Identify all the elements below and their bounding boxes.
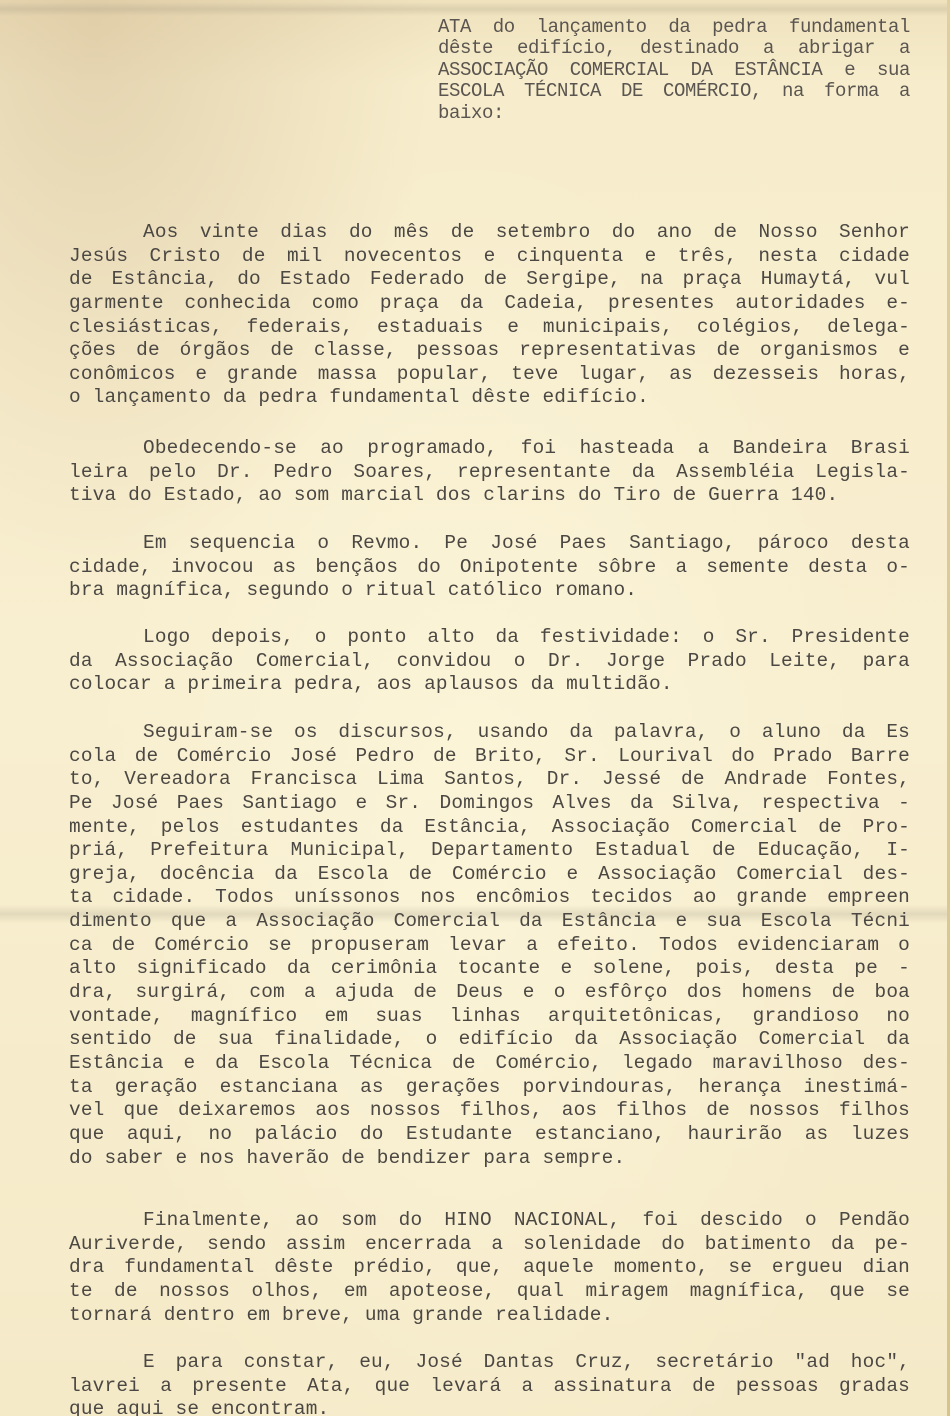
- text-line: to, Vereadora Francisca Lima Santos, Dr.…: [69, 768, 910, 792]
- text-line: dra, surgirá, com a ajuda de Deus e o es…: [69, 981, 910, 1005]
- text-line: te de nossos olhos, em apoteose, qual mi…: [69, 1280, 910, 1304]
- text-line: vel que deixaremos aos nossos filhos, ao…: [69, 1099, 910, 1123]
- paragraph-closing: E para constar, eu, José Dantas Cruz, se…: [69, 1351, 910, 1416]
- text-line: Aos vinte dias do mês de setembro do ano…: [69, 221, 910, 245]
- text-line: Seguiram-se os discursos, usando da pala…: [69, 721, 910, 745]
- text-line: Finalmente, ao som do HINO NACIONAL, foi…: [69, 1209, 910, 1233]
- text-line: vontade, magnífico em suas linhas arquit…: [69, 1005, 910, 1029]
- text-line: Pe José Paes Santiago e Sr. Domingos Alv…: [69, 792, 910, 816]
- text-line: Obedecendo-se ao programado, foi hastead…: [69, 437, 910, 461]
- paragraph-speeches: Seguiram-se os discursos, usando da pala…: [69, 721, 910, 1170]
- title-line: ESCOLA TÉCNICA DE COMÉRCIO, na forma a: [438, 81, 910, 102]
- paragraph-opening: Aos vinte dias do mês de setembro do ano…: [69, 221, 910, 410]
- text-line: Estância e da Escola Técnica de Comércio…: [69, 1052, 910, 1076]
- title-line: ASSOCIAÇÃO COMERCIAL DA ESTÂNCIA e sua: [438, 60, 910, 81]
- text-line: cola de Comércio José Pedro de Brito, Sr…: [69, 745, 910, 769]
- text-line: sentido de sua finalidade, o edifício da…: [69, 1028, 910, 1052]
- text-line: Auriverde, sendo assim encerrada a solen…: [69, 1233, 910, 1257]
- text-line: garmente conhecida como praça da Cadeia,…: [69, 292, 910, 316]
- text-line: colocar a primeira pedra, aos aplausos d…: [69, 673, 910, 697]
- text-line: leira pelo Dr. Pedro Soares, representan…: [69, 461, 910, 485]
- title-line: dêste edifício, destinado a abrigar a: [438, 38, 910, 59]
- paragraph-flag: Obedecendo-se ao programado, foi hastead…: [69, 437, 910, 508]
- paragraph-first-stone: Logo depois, o ponto alto da festividade…: [69, 626, 910, 697]
- text-line: E para constar, eu, José Dantas Cruz, se…: [69, 1351, 910, 1375]
- text-line: ta cidade. Todos uníssonos nos encômios …: [69, 886, 910, 910]
- text-line: alto significado da cerimônia tocante e …: [69, 957, 910, 981]
- text-line: clesiásticas, federais, estaduais e muni…: [69, 316, 910, 340]
- text-line: o lançamento da pedra fundamental dêste …: [69, 386, 910, 410]
- text-line: ta geração estanciana as gerações porvin…: [69, 1076, 910, 1100]
- text-line: greja, docência da Escola de Comércio e …: [69, 863, 910, 887]
- text-line: ções de órgãos de classe, pessoas repres…: [69, 339, 910, 363]
- text-line: tornará dentro em breve, uma grande real…: [69, 1304, 910, 1328]
- text-line: do saber e nos haverão de bendizer para …: [69, 1147, 910, 1171]
- text-line: mente, pelos estudantes da Estância, Ass…: [69, 816, 910, 840]
- text-line: dimento que a Associação Comercial da Es…: [69, 910, 910, 934]
- text-line: da Associação Comercial, convidou o Dr. …: [69, 650, 910, 674]
- paragraph-anthem: Finalmente, ao som do HINO NACIONAL, foi…: [69, 1209, 910, 1327]
- text-line: lavrei a presente Ata, que levará a assi…: [69, 1375, 910, 1399]
- title-line: baixo:: [438, 103, 910, 124]
- paragraph-blessing: Em sequencia o Revmo. Pe José Paes Santi…: [69, 532, 910, 603]
- text-line: Jesús Cristo de mil novecentos e cinquen…: [69, 245, 910, 269]
- text-line: priá, Prefeitura Municipal, Departamento…: [69, 839, 910, 863]
- title-line: ATA do lançamento da pedra fundamental: [438, 17, 910, 38]
- text-line: que aqui se encontram.: [69, 1398, 910, 1416]
- text-line: tiva do Estado, ao som marcial dos clari…: [69, 484, 910, 508]
- document-title-block: ATA do lançamento da pedra fundamental d…: [438, 17, 910, 124]
- text-line: dra fundamental dêste prédio, que, aquel…: [69, 1256, 910, 1280]
- text-line: que aqui, no palácio do Estudante estanc…: [69, 1123, 910, 1147]
- text-line: conômicos e grande massa popular, teve l…: [69, 363, 910, 387]
- text-line: ca de Comércio se propuseram levar a efe…: [69, 934, 910, 958]
- text-line: Logo depois, o ponto alto da festividade…: [69, 626, 910, 650]
- text-line: cidade, invocou as bençãos do Onipotente…: [69, 556, 910, 580]
- text-line: bra magnífica, segundo o ritual católico…: [69, 579, 910, 603]
- paper-fold-top: [0, 2, 950, 16]
- text-line: de Estância, do Estado Federado de Sergi…: [69, 268, 910, 292]
- text-line: Em sequencia o Revmo. Pe José Paes Santi…: [69, 532, 910, 556]
